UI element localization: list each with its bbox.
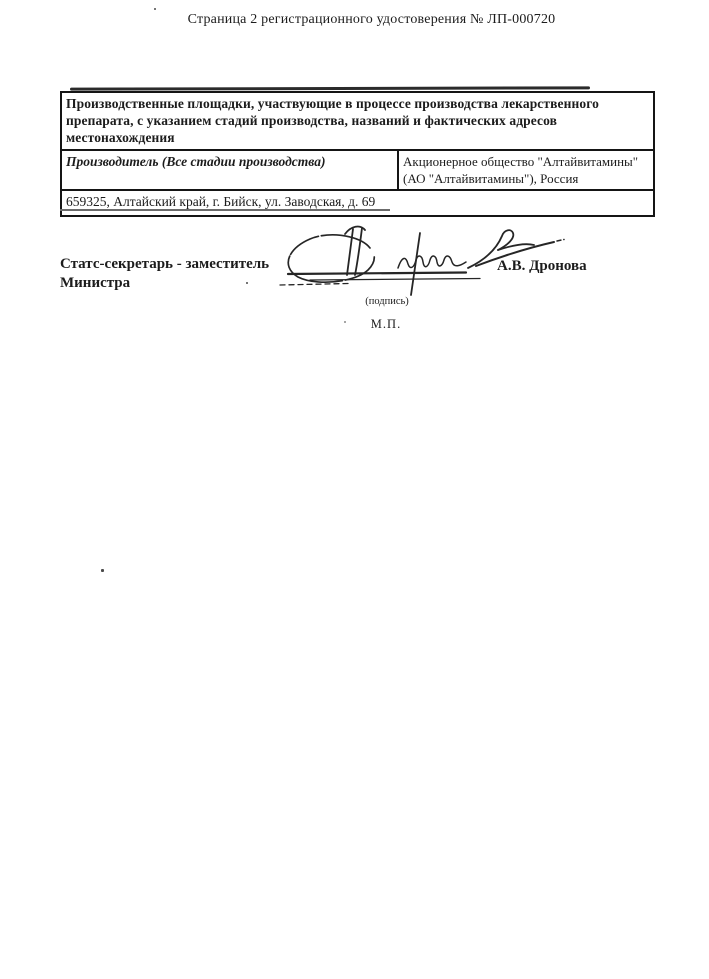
scan-speck [344,321,346,323]
signer-title-line2: Министра [60,274,269,293]
producer-label-cell: Производитель (Все стадии производства) [61,150,398,190]
document-page: Страница 2 регистрационного удостоверени… [0,0,709,979]
address-cell: 659325, Алтайский край, г. Бийск, ул. За… [61,190,654,216]
page-header: Страница 2 регистрационного удостоверени… [34,12,709,28]
table-row: 659325, Алтайский край, г. Бийск, ул. За… [61,190,654,216]
table-row: Производитель (Все стадии производства) … [61,150,654,190]
scan-speck [101,569,104,572]
table-header-cell: Производственные площадки, участвующие в… [61,92,654,150]
signer-title: Статс-секретарь - заместитель Министра [60,255,269,293]
signer-title-line1: Статс-секретарь - заместитель [60,255,269,274]
signer-name: А.В. Дронова [497,258,587,275]
production-sites-table: Производственные площадки, участвующие в… [60,91,655,217]
scan-artifact-line [60,209,390,211]
scan-speck [154,8,156,10]
table-header-row: Производственные площадки, участвующие в… [61,92,654,150]
company-value-cell: Акционерное общество "Алтайвитамины" (АО… [398,150,654,190]
signature-caption: (подпись) [312,296,462,307]
scan-speck [246,282,248,284]
stamp-placeholder: М.П. [329,317,443,332]
